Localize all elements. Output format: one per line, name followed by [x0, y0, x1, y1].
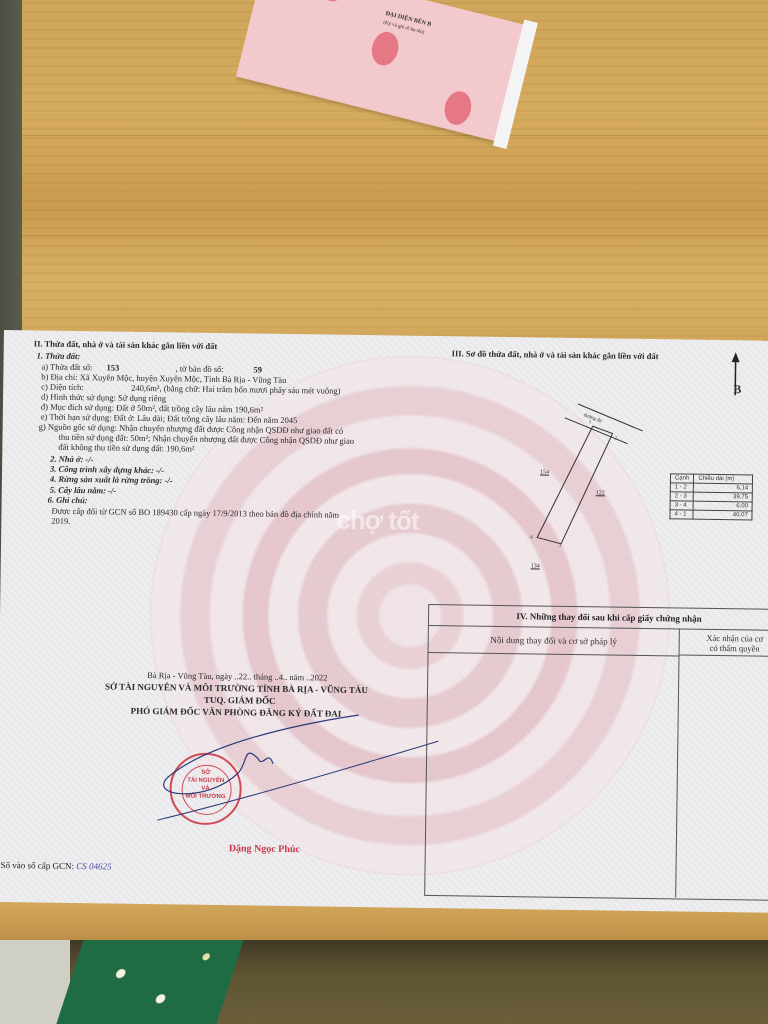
- neighbor-parcel-134: 134: [531, 561, 540, 571]
- handwritten-signature: [147, 702, 449, 846]
- signer-name: Đặng Ngọc Phúc: [229, 843, 300, 855]
- fingerprint: [368, 29, 401, 68]
- vertex-1: 1: [589, 418, 592, 428]
- edge-cell: 3 - 4: [670, 501, 693, 510]
- green-floral-fabric: [56, 940, 243, 1024]
- changes-content-header: Nội dung thay đổi và cơ sở pháp lý: [429, 626, 679, 656]
- fingerprint: [441, 88, 474, 127]
- vertex-4: 4: [530, 533, 533, 543]
- north-label: B: [733, 384, 741, 394]
- land-certificate: chợ tốt II. Thửa đất, nhà ở và tài sản k…: [0, 330, 768, 913]
- length-cell: 40,07: [693, 510, 752, 520]
- edge-cell: 1 - 2: [670, 483, 693, 492]
- neighbor-parcel-122: 122: [596, 488, 605, 498]
- table-row: 4 - 140,07: [670, 510, 752, 520]
- fingerprint: [317, 0, 350, 4]
- vertex-3: 3: [559, 542, 562, 552]
- vertex-2: 2: [614, 435, 617, 445]
- edge-length-table: Cạnh Chiều dài (m) 1 - 26,14 2 - 339,75 …: [669, 473, 753, 520]
- edge-cell: 4 - 1: [670, 510, 693, 519]
- neighbor-parcel-154: 154: [540, 467, 549, 477]
- authority-header-line2: có thẩm quyền: [680, 642, 768, 654]
- authority-confirmation-header: Xác nhận của cơ có thẩm quyền: [680, 629, 768, 657]
- edge-header: Cạnh: [670, 474, 693, 483]
- plank-seam: [22, 135, 768, 136]
- registry-label: Số vào sổ cấp GCN:: [0, 860, 74, 871]
- changes-content-column: Nội dung thay đổi và cơ sở pháp lý: [425, 626, 680, 897]
- parcel-diagram: [0, 330, 768, 601]
- registry-number: Số vào sổ cấp GCN: CS 04625: [0, 860, 111, 872]
- registry-value: CS 04625: [76, 861, 111, 871]
- changes-section: IV. Những thay đổi sau khi cấp giấy chứn…: [424, 604, 768, 901]
- edge-cell: 2 - 3: [670, 492, 693, 501]
- plank-seam: [22, 235, 768, 236]
